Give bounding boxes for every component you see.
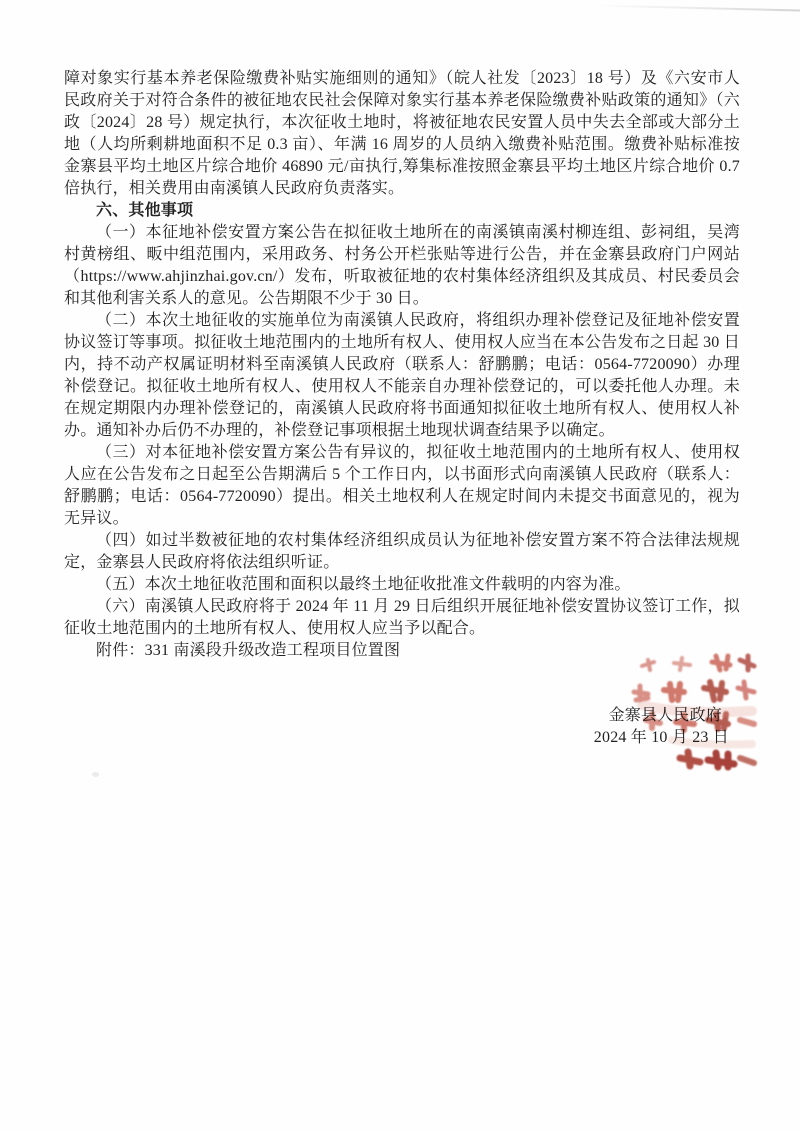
paragraph-item-5: （五）本次土地征收范围和面积以最终土地征收批准文件载明的内容为准。 <box>64 574 740 596</box>
paragraph-item-1: （一）本征地补偿安置方案公告在拟征收土地所在的南溪镇南溪村柳连组、彭祠组，吴湾村… <box>64 222 740 310</box>
issuer-name: 金寨县人民政府 <box>64 705 722 727</box>
scan-artifact-smudge <box>92 772 99 777</box>
paragraph-item-3: （三）对本征地补偿安置方案公告有异议的，拟征收土地范围内的土地所有权人、使用权人… <box>64 442 740 530</box>
document-page: 障对象实行基本养老保险缴费补贴实施细则的通知》（皖人社发〔2023〕18 号）及… <box>0 0 800 1131</box>
attachment-line: 附件：331 南溪段升级改造工程项目位置图 <box>64 640 740 662</box>
section-heading-other-matters: 六、其他事项 <box>64 200 740 222</box>
paragraph-continuation: 障对象实行基本养老保险缴费补贴实施细则的通知》（皖人社发〔2023〕18 号）及… <box>64 68 740 200</box>
issue-date: 2024 年 10 月 23 日 <box>64 727 729 749</box>
paragraph-item-6: （六）南溪镇人民政府将于 2024 年 11 月 29 日后组织开展征地补偿安置… <box>64 596 740 640</box>
signature-block: 金寨县人民政府 2024 年 10 月 23 日 <box>64 705 740 749</box>
paragraph-item-2: （二）本次土地征收的实施单位为南溪镇人民政府，将组织办理补偿登记及征地补偿安置协… <box>64 310 740 442</box>
document-body: 障对象实行基本养老保险缴费补贴实施细则的通知》（皖人社发〔2023〕18 号）及… <box>64 0 740 749</box>
paragraph-item-4: （四）如过半数被征地的农村集体经济组织成员认为征地补偿安置方案不符合法律法规规定… <box>64 530 740 574</box>
